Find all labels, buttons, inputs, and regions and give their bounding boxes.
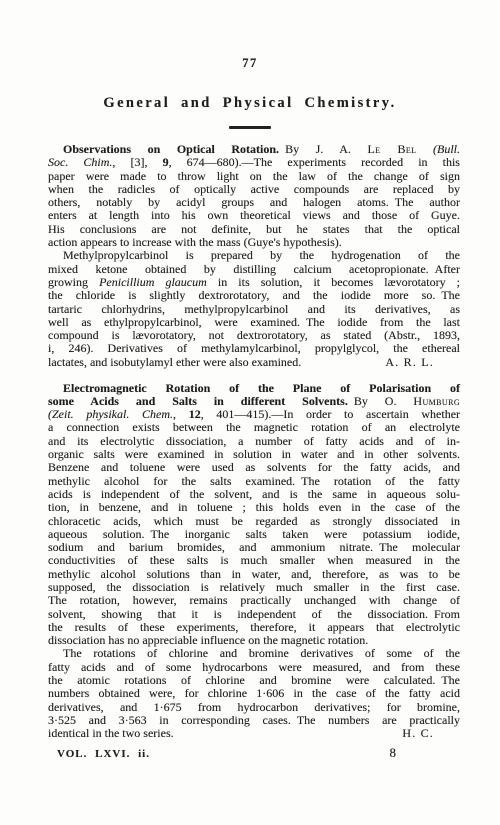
text-line: methylic alcohol solutions than in water… <box>48 568 460 581</box>
abstractor-initials: A. R. L. <box>385 356 434 369</box>
text-line: solvent, showing that it is independent … <box>48 608 460 621</box>
text-line: numbers obtained were, for chlorine 1·60… <box>48 687 460 700</box>
text-line: others, notably by acidyl groups and hal… <box>48 196 460 209</box>
text-line: tartaric chlorhydrins, methylpropylcarbi… <box>48 303 460 316</box>
text-line: and its electrolytic dissociation, a num… <box>48 435 460 448</box>
text-line: tion, in benzene, and in toluene ; this … <box>48 501 460 514</box>
abstracts-column: Observations on Optical Rotation. By J. … <box>48 143 460 741</box>
text-line: dissociation has no appreciable influenc… <box>48 634 460 647</box>
text-line: organic salts were examined in solution … <box>48 448 460 461</box>
text-line: His conclusions are not definite, but he… <box>48 223 460 236</box>
text-line: some Acids and Salts in different Solven… <box>48 395 460 408</box>
text-line: growing Penicillium glaucum in its solut… <box>48 276 460 289</box>
text-line: well as ethylpropylcarbinol, were examin… <box>48 316 460 329</box>
text-line: derivatives, and 1·675 from hydrocarbon … <box>48 701 460 714</box>
text-line: the chloride is slightly dextrorotatory,… <box>48 289 460 302</box>
abstract-paragraph: Observations on Optical Rotation. By J. … <box>48 143 460 249</box>
text-line: when the radicles of optically active co… <box>48 183 460 196</box>
abstract-paragraph: Electromagnetic Rotation of the Plane of… <box>48 382 460 648</box>
text-line: conductivities of these salts is much sm… <box>48 554 460 567</box>
title-divider-rule <box>229 126 271 129</box>
abstract-paragraph: Methylpropylcarbinol is prepared by the … <box>48 249 460 369</box>
text-line: sodium and barium bromides, and ammonium… <box>48 541 460 554</box>
text-line: supposed, the dissociation is relatively… <box>48 581 460 594</box>
text-line-left: lactates, and isobutylamyl ether were al… <box>48 356 301 369</box>
volume-label: VOL. LXVI. ii. <box>57 748 150 760</box>
text-line: compound is lævorotatory, not dextrorota… <box>48 329 460 342</box>
text-line: Electromagnetic Rotation of the Plane of… <box>48 382 460 395</box>
text-line: enters at length into his own theoretica… <box>48 209 460 222</box>
sheet-signature-number: 8 <box>390 745 397 761</box>
article-abstract-optical-rotation: Observations on Optical Rotation. By J. … <box>48 143 460 369</box>
text-line: Methylpropylcarbinol is prepared by the … <box>48 249 460 262</box>
text-line: 3·525 and 3·563 in corresponding cases. … <box>48 714 460 727</box>
page-footer: VOL. LXVI. ii. 8 <box>48 745 460 761</box>
text-line: lactates, and isobutylamyl ether were al… <box>48 356 460 369</box>
text-line: methylic alcohol for the salts examined.… <box>48 475 460 488</box>
text-line: i, 246). Derivatives of methylamylcarbin… <box>48 342 460 355</box>
abstractor-initials: H. C. <box>402 727 434 740</box>
text-line: paper were made to throw light on the la… <box>48 170 460 183</box>
text-line: (Zeit. physikal. Chem., 12, 401—415).—In… <box>48 408 460 421</box>
text-line-left: identical in the two series. <box>48 727 174 740</box>
text-line: chloracetic acids, which must be regarde… <box>48 515 460 528</box>
text-line: Benzene and toluene were used as solvent… <box>48 461 460 474</box>
text-line: a connection exists between the magnetic… <box>48 421 460 434</box>
text-line: action appears to increase with the mass… <box>48 236 460 249</box>
text-line: mixed ketone obtained by distilling calc… <box>48 263 460 276</box>
text-line: Soc. Chim., [3], 9, 674—680).—The experi… <box>48 156 460 169</box>
article-abstract-electromagnetic-rotation: Electromagnetic Rotation of the Plane of… <box>48 382 460 741</box>
text-line: The rotation, however, remains practical… <box>48 594 460 607</box>
text-line: the atomic rotations of chlorine and bro… <box>48 674 460 687</box>
text-line: the results of these experiments, theref… <box>48 621 460 634</box>
text-line: acids is independent of the solvent, and… <box>48 488 460 501</box>
text-line: aqueous solution. The inorganic salts ta… <box>48 528 460 541</box>
text-line: fatty acids and of some hydrocarbons wer… <box>48 661 460 674</box>
text-line: The rotations of chlorine and bromine de… <box>48 647 460 660</box>
section-title: General and Physical Chemistry. <box>0 95 500 112</box>
text-line: identical in the two series.H. C. <box>48 727 460 740</box>
text-line: Observations on Optical Rotation. By J. … <box>48 143 460 156</box>
page-number: 77 <box>0 56 500 71</box>
journal-page: 77 General and Physical Chemistry. Obser… <box>0 0 500 825</box>
abstract-paragraph: The rotations of chlorine and bromine de… <box>48 647 460 740</box>
